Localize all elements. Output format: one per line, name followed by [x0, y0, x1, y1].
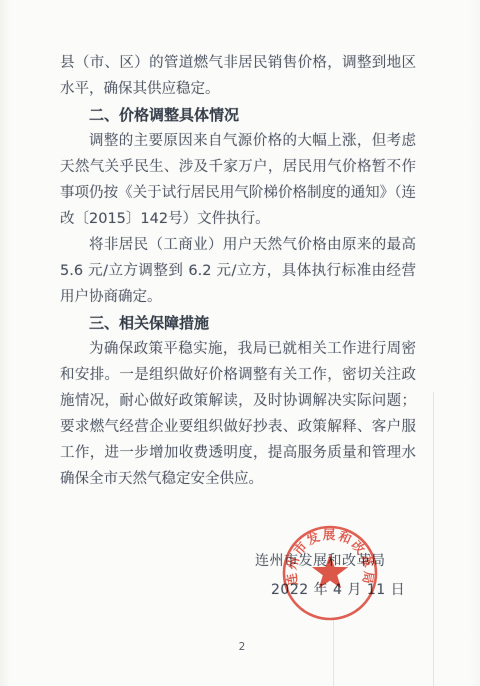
document-body: 县（市、区）的管道燃气非居民销售价格，调整到地区适当水平，确保其供应稳定。二、价…	[60, 50, 416, 492]
page-number: 2	[236, 641, 248, 653]
doc-line: 事项仍按《关于试行居民用气阶梯价格制度的通知》（连发	[60, 180, 416, 206]
doc-line: 施情况，耐心做好政策解读，及时协调解决实际问题；二是	[60, 388, 416, 414]
scanned-document-page: 县（市、区）的管道燃气非居民销售价格，调整到地区适当水平，确保其供应稳定。二、价…	[0, 0, 480, 686]
doc-line: 改〔2015〕142号）文件执行。	[60, 206, 416, 232]
doc-line: 和安排。一是组织做好价格调整有关工作，密切关注政策实	[60, 362, 416, 388]
official-seal: 连州市发展和改革局	[268, 511, 392, 635]
doc-line: 调整的主要原因来自气源价格的大幅上涨，但考虑民用	[60, 128, 416, 154]
doc-line: 天然气关乎民生、涉及千家万户，居民用气价格暂不作调整	[60, 154, 416, 180]
section-heading: 三、相关保障措施	[60, 310, 416, 336]
doc-line: 工作，进一步增加收费透明度，提高服务质量和管理水平，	[60, 440, 416, 466]
doc-line: 5.6 元/立方调整到 6.2 元/立方，具体执行标准由经营者与	[60, 258, 416, 284]
doc-line: 水平，确保其供应稳定。	[60, 76, 416, 102]
seal-star	[312, 554, 348, 588]
doc-line: 用户协商确定。	[60, 284, 416, 310]
doc-line: 确保全市天然气稳定安全供应。	[60, 466, 416, 492]
doc-line: 为确保政策平稳实施，我局已就相关工作进行周密部署	[60, 336, 416, 362]
doc-line: 县（市、区）的管道燃气非居民销售价格，调整到地区适当	[60, 50, 416, 76]
doc-line: 将非居民（工商业）用户天然气价格由原来的最高限价	[60, 232, 416, 258]
section-heading: 二、价格调整具体情况	[60, 102, 416, 128]
scan-crease-right	[433, 392, 434, 686]
scan-crease-bottom	[333, 620, 334, 686]
doc-line: 要求燃气经营企业要组织做好抄表、政策解释、客户服务等	[60, 414, 416, 440]
